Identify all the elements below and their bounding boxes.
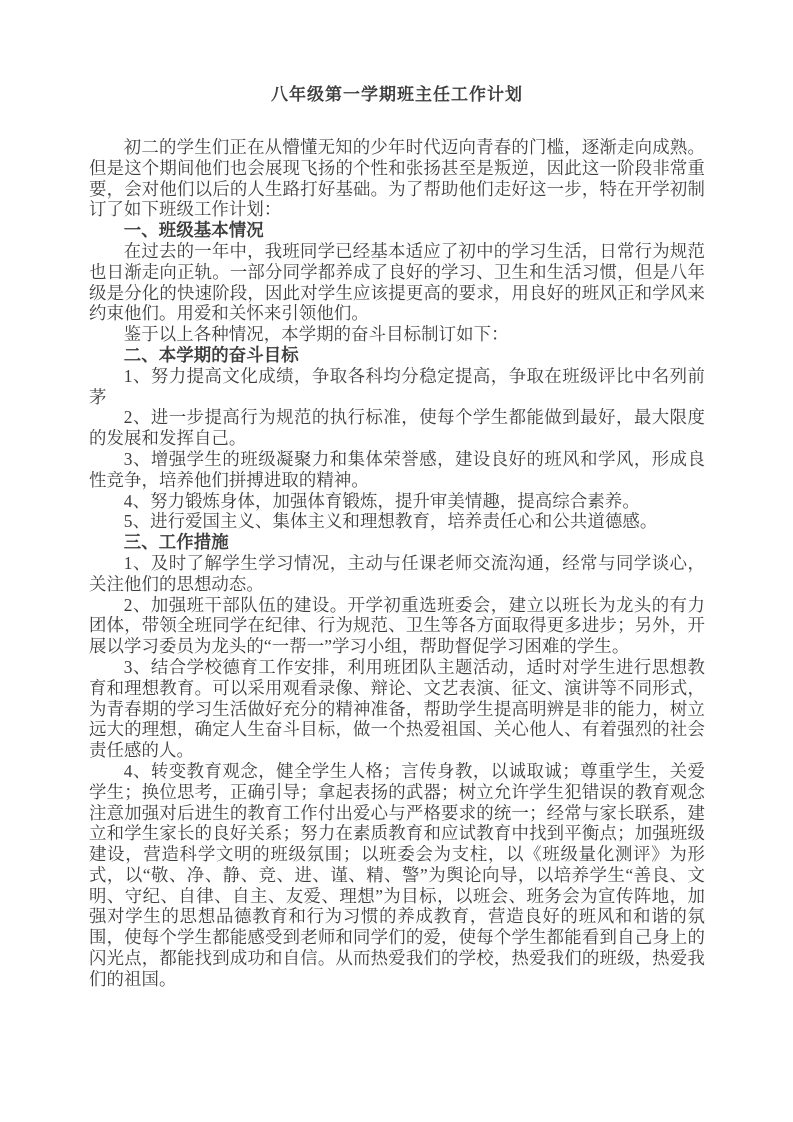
goal-item-4: 4、努力锻炼身体，加强体育锻炼，提升审美情趣，提高综合素养。 xyxy=(89,491,705,512)
intro-paragraph: 初二的学生们正在从懵懂无知的少年时代迈向青春的门槛，逐渐走向成熟。但是这个期间他… xyxy=(89,137,705,220)
section-heading-1: 一、班级基本情况 xyxy=(89,220,705,241)
document-page: { "page": { "background_color": "#ffffff… xyxy=(0,0,793,1122)
document-content: 八年级第一学期班主任工作计划 初二的学生们正在从懵懂无知的少年时代迈向青春的门槛… xyxy=(89,84,705,990)
measure-item-4: 4、转变教育观念，健全学生人格；言传身教，以诚取诚；尊重学生，关爱学生；换位思考… xyxy=(89,761,705,990)
section-heading-3: 三、工作措施 xyxy=(89,532,705,553)
paragraph: 在过去的一年中，我班同学已经基本适应了初中的学习生活，日常行为规范也日渐走向正轨… xyxy=(89,241,705,324)
goal-item-3: 3、增强学生的班级凝聚力和集体荣誉感，建设良好的班风和学风，形成良性竞争，培养他… xyxy=(89,449,705,491)
goal-item-1: 1、努力提高文化成绩，争取各科均分稳定提高，争取在班级评比中名列前茅 xyxy=(89,366,705,408)
section-heading-2: 二、本学期的奋斗目标 xyxy=(89,345,705,366)
document-title: 八年级第一学期班主任工作计划 xyxy=(89,84,705,106)
measure-item-1: 1、及时了解学生学习情况，主动与任课老师交流沟通，经常与同学谈心，关注他们的思想… xyxy=(89,553,705,595)
goal-item-2: 2、进一步提高行为规范的执行标准，使每个学生都能做到最好，最大限度的发展和发挥自… xyxy=(89,407,705,449)
measure-item-3: 3、结合学校德育工作安排，利用班团队主题活动，适时对学生进行思想教育和理想教育。… xyxy=(89,657,705,761)
document-body: 初二的学生们正在从懵懂无知的少年时代迈向青春的门槛，逐渐走向成熟。但是这个期间他… xyxy=(89,137,705,990)
measure-item-2: 2、加强班干部队伍的建设。开学初重选班委会，建立以班长为龙头的有力团体，带领全班… xyxy=(89,595,705,657)
goal-item-5: 5、进行爱国主义、集体主义和理想教育，培养责任心和公共道德感。 xyxy=(89,511,705,532)
paragraph: 鉴于以上各种情况，本学期的奋斗目标制订如下： xyxy=(89,324,705,345)
